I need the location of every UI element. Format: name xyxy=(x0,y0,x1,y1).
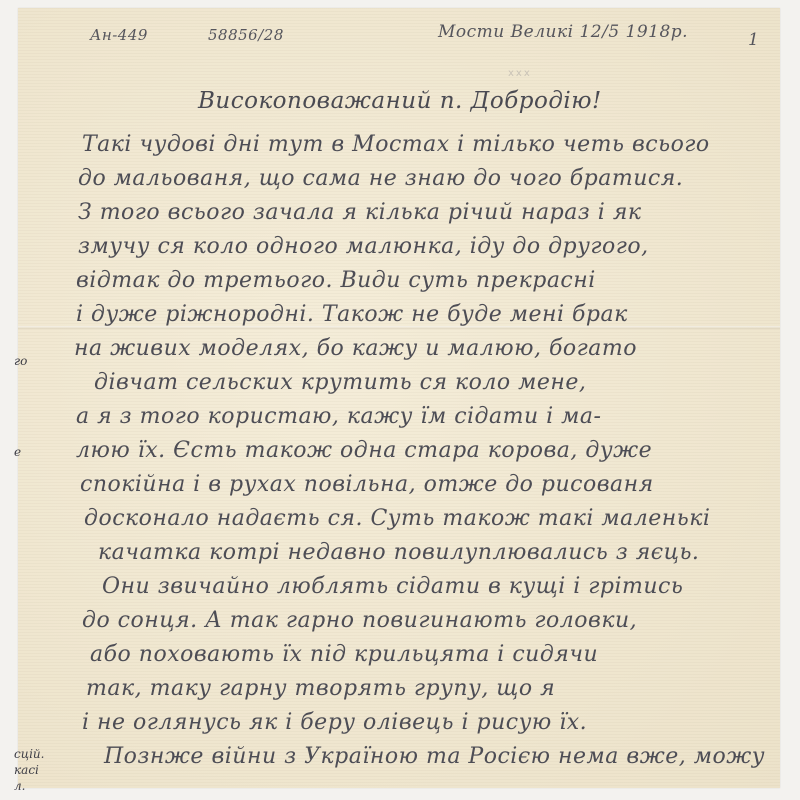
body-line-19: Познже війни з Україною та Росією нема в… xyxy=(104,744,765,769)
body-line-18: і не оглянусь як і беру олівець і рисую … xyxy=(82,710,587,735)
body-line-3: З того всього зачала я кілька річий нара… xyxy=(78,200,642,225)
body-line-5: відтак до третього. Види суть прекрасні xyxy=(76,268,596,293)
body-line-4: змучу ся коло одного малюнка, іду до дру… xyxy=(78,234,649,259)
body-line-8: дівчат сельских крутить ся коло мене, xyxy=(94,370,586,395)
body-line-12: досконало надаєть ся. Суть також такі ма… xyxy=(84,506,710,531)
place-date: Мости Великі 12/5 1918р. xyxy=(438,22,688,42)
page-number: 1 xyxy=(748,30,759,50)
body-line-10: люю їх. Єсть також одна стара корова, ду… xyxy=(76,438,652,463)
scan-background: Ан-449 58856/28 Мости Великі 12/5 1918р.… xyxy=(0,0,800,800)
letter-page: Ан-449 58856/28 Мости Великі 12/5 1918р.… xyxy=(18,8,780,788)
collection-code: Ан-449 xyxy=(90,26,148,44)
body-line-6: і дуже ріжнородні. Також не буде мені бр… xyxy=(76,302,628,327)
body-line-9: а я з того користаю, кажу їм сідати і ма… xyxy=(76,404,601,429)
body-line-17: так, таку гарну творять групу, що я xyxy=(86,676,555,701)
body-line-16: або поховають їх під крильцята і сидячи xyxy=(90,642,598,667)
margin-note-left-mid: го xyxy=(14,353,27,369)
body-line-2: до мальованя, що сама не знаю до чого бр… xyxy=(78,166,683,191)
body-line-15: до сонця. А так гарно повигинають головк… xyxy=(82,608,637,633)
salutation: Високоповажаний п. Добродію! xyxy=(198,88,602,114)
body-line-13: качатка котрі недавно повилуплювались з … xyxy=(98,540,699,565)
inventory-number: 58856/28 xyxy=(208,26,284,44)
margin-note-left-bottom: сцій. касі л. xyxy=(14,746,44,794)
body-line-1: Такі чудові дні тут в Мостах і тілько че… xyxy=(82,132,710,157)
body-line-7: на живих моделях, бо кажу и малюю, богат… xyxy=(74,336,637,361)
body-line-14: Они звичайно люблять сідати в кущі і грі… xyxy=(102,574,683,599)
faint-stamp-mark: ⅹⅹⅹ xyxy=(508,68,532,79)
margin-note-left-lower: е xyxy=(14,444,21,460)
body-line-11: спокійна і в рухах повільна, отже до рис… xyxy=(80,472,654,497)
